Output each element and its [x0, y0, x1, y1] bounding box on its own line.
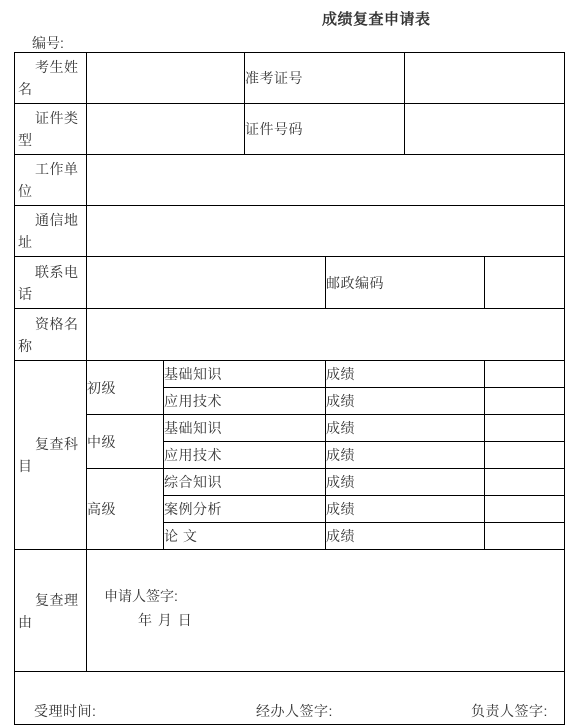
subject-cell-senior-thesis: 论 文: [164, 523, 326, 550]
score-input-junior-applied[interactable]: [485, 388, 565, 415]
id-type-label: 证件类型: [15, 104, 87, 155]
subject-cell-senior-comprehensive: 综合知识: [164, 469, 326, 496]
qualification-name-input[interactable]: [87, 309, 565, 361]
level-senior-cell: 高级: [87, 469, 164, 550]
row-work-unit: 工作单位: [15, 155, 565, 206]
score-input-senior-comprehensive[interactable]: [485, 469, 565, 496]
qualification-name-label: 资格名称: [15, 309, 87, 361]
score-input-senior-case[interactable]: [485, 496, 565, 523]
score-label-cell: 成绩: [326, 523, 485, 550]
id-number-input[interactable]: [405, 104, 565, 155]
id-number-label: 证件号码: [245, 104, 405, 155]
candidate-name-label: 考生姓名: [15, 53, 87, 104]
score-label-cell: 成绩: [326, 496, 485, 523]
score-label-cell: 成绩: [326, 388, 485, 415]
subject-cell-junior-applied: 应用技术: [164, 388, 326, 415]
score-label-cell: 成绩: [326, 361, 485, 388]
row-footer: 受理时间: 经办人签字: 负责人签字:: [15, 672, 565, 725]
postal-code-label: 邮政编码: [326, 257, 485, 309]
footer-cell: 受理时间: 经办人签字: 负责人签字:: [15, 672, 565, 725]
form-number-label: 编号:: [32, 33, 64, 53]
review-reason-input[interactable]: 申请人签字: 年 月 日: [87, 550, 565, 672]
row-junior-basic: 复查科目 初级 基础知识 成绩: [15, 361, 565, 388]
row-candidate-name: 考生姓名 准考证号: [15, 53, 565, 104]
date-line-label: 年 月 日: [87, 608, 564, 632]
handler-signature-label: 经办人签字:: [256, 701, 333, 721]
postal-code-input[interactable]: [485, 257, 565, 309]
row-contact-phone: 联系电话 邮政编码: [15, 257, 565, 309]
application-form-table: 考生姓名 准考证号 证件类型 证件号码 工作单位 通信地址: [14, 52, 565, 725]
form-title: 成绩复查申请表: [322, 8, 431, 29]
row-intermediate-basic: 中级 基础知识 成绩: [15, 415, 565, 442]
level-junior-cell: 初级: [87, 361, 164, 415]
score-input-junior-basic[interactable]: [485, 361, 565, 388]
contact-phone-input[interactable]: [87, 257, 326, 309]
subject-cell-senior-case: 案例分析: [164, 496, 326, 523]
mailing-address-label: 通信地址: [15, 206, 87, 257]
review-subjects-label: 复查科目: [15, 361, 87, 550]
admission-ticket-number-input[interactable]: [405, 53, 565, 104]
applicant-signature-label: 申请人签字:: [87, 584, 564, 608]
work-unit-input[interactable]: [87, 155, 565, 206]
contact-phone-label: 联系电话: [15, 257, 87, 309]
score-input-intermediate-applied[interactable]: [485, 442, 565, 469]
mailing-address-input[interactable]: [87, 206, 565, 257]
row-qualification-name: 资格名称: [15, 309, 565, 361]
subject-cell-intermediate-applied: 应用技术: [164, 442, 326, 469]
review-reason-label: 复查理由: [15, 550, 87, 672]
form-page: 成绩复查申请表 编号: 考生姓名 准考证号 证件类型 证件号码 工作单位: [0, 0, 569, 728]
candidate-name-input[interactable]: [87, 53, 245, 104]
acceptance-time-label: 受理时间:: [34, 701, 96, 721]
work-unit-label: 工作单位: [15, 155, 87, 206]
row-id-type: 证件类型 证件号码: [15, 104, 565, 155]
row-review-reason: 复查理由 申请人签字: 年 月 日: [15, 550, 565, 672]
admission-ticket-number-label: 准考证号: [245, 53, 405, 104]
manager-signature-label: 负责人签字:: [471, 701, 548, 721]
row-senior-comprehensive: 高级 综合知识 成绩: [15, 469, 565, 496]
subject-cell-intermediate-basic: 基础知识: [164, 415, 326, 442]
row-mailing-address: 通信地址: [15, 206, 565, 257]
score-input-intermediate-basic[interactable]: [485, 415, 565, 442]
score-label-cell: 成绩: [326, 442, 485, 469]
level-intermediate-cell: 中级: [87, 415, 164, 469]
score-label-cell: 成绩: [326, 415, 485, 442]
id-type-input[interactable]: [87, 104, 245, 155]
subject-cell-junior-basic: 基础知识: [164, 361, 326, 388]
score-label-cell: 成绩: [326, 469, 485, 496]
score-input-senior-thesis[interactable]: [485, 523, 565, 550]
